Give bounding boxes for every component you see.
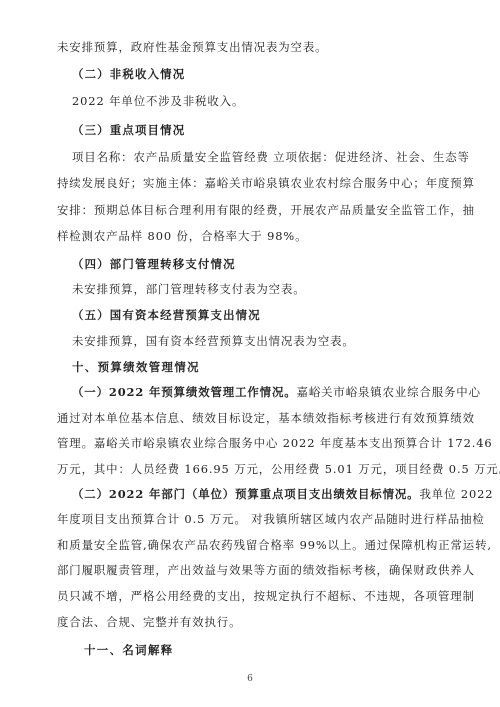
performance-p2-first-rest: 我单位 2022 [419, 487, 493, 501]
heading-soe-capital: （五）国有资本经营预算支出情况 [72, 307, 458, 323]
heading-transfer-payment: （四）部门管理转移支付情况 [72, 256, 458, 272]
paragraph-transfer-payment: 未安排预算，部门管理转移支付表为空表。 [72, 281, 458, 297]
performance-p2-line-4: 部门履职履责管理，产出效益与效果等方面的绩效指标考核，确保财政供养人 [57, 562, 443, 578]
performance-p2-line-5: 员只减不增，严格公用经费的支出，按规定执行不超标、不违规，各项管理制 [57, 588, 443, 604]
document-page: 未安排预算，政府性基金预算支出情况表为空表。 （二）非税收入情况 2022 年单… [0, 0, 500, 707]
page-number: 6 [0, 674, 500, 684]
performance-p1-line-1: （一）2022 年预算绩效管理工作情况。嘉峪关市峪泉镇农业综合服务中心 [72, 384, 443, 400]
heading-key-projects: （三）重点项目情况 [72, 122, 458, 138]
heading-nontax-income: （二）非税收入情况 [72, 66, 458, 82]
key-project-line-4: 样检测农产品样 800 份，合格率大于 98%。 [57, 228, 443, 244]
performance-p1-line-3: 管理。嘉峪关市峪泉镇农业综合服务中心 2022 年度基本支出预算合计 172.4… [57, 435, 443, 451]
heading-glossary: 十一、名词解释 [84, 642, 470, 658]
performance-p1-line-2: 通过对本单位基本信息、绩效目标设定，基本绩效指标考核进行有效预算绩效 [57, 410, 443, 426]
performance-p2-line-1: （二）2022 年部门（单位）预算重点项目支出绩效目标情况。我单位 2022 [72, 486, 443, 502]
key-project-line-3: 安排：预期总体目标合理利用有限的经费，开展农产品质量安全监管工作，抽 [57, 202, 443, 218]
key-project-line-2: 持续发展良好；实施主体：嘉峪关市峪泉镇农业农村综合服务中心；年度预算 [57, 175, 443, 191]
paragraph-soe-capital: 未安排预算，国有资本经营预算支出情况表为空表。 [72, 333, 458, 349]
heading-performance-mgmt: 十、预算绩效管理情况 [72, 359, 458, 375]
paragraph-gov-fund-empty: 未安排预算，政府性基金预算支出情况表为空表。 [57, 39, 443, 55]
performance-p1-first-rest: 嘉峪关市峪泉镇农业综合服务中心 [297, 385, 481, 399]
performance-p1-lead: （一）2022 年预算绩效管理工作情况。 [72, 385, 297, 399]
key-project-line-1: 项目名称：农产品质量安全监管经费 立项依据：促进经济、社会、生态等 [72, 149, 443, 165]
performance-p2-line-2: 年度项目支出预算合计 0.5 万元。 对我镇所辖区域内农产品随时进行样品抽检 [57, 511, 443, 527]
performance-p2-line-6: 度合法、合规、完整并有效执行。 [57, 614, 443, 630]
performance-p1-line-4: 万元，其中：人员经费 166.95 万元，公用经费 5.01 万元，项目经费 0… [57, 461, 443, 477]
performance-p2-line-3: 和质量安全监管,确保农产品农药残留合格率 99%以上。通过保障机构正常运转, [57, 537, 443, 553]
paragraph-nontax-income: 2022 年单位不涉及非税收入。 [72, 93, 458, 109]
performance-p2-lead: （二）2022 年部门（单位）预算重点项目支出绩效目标情况。 [72, 487, 419, 501]
